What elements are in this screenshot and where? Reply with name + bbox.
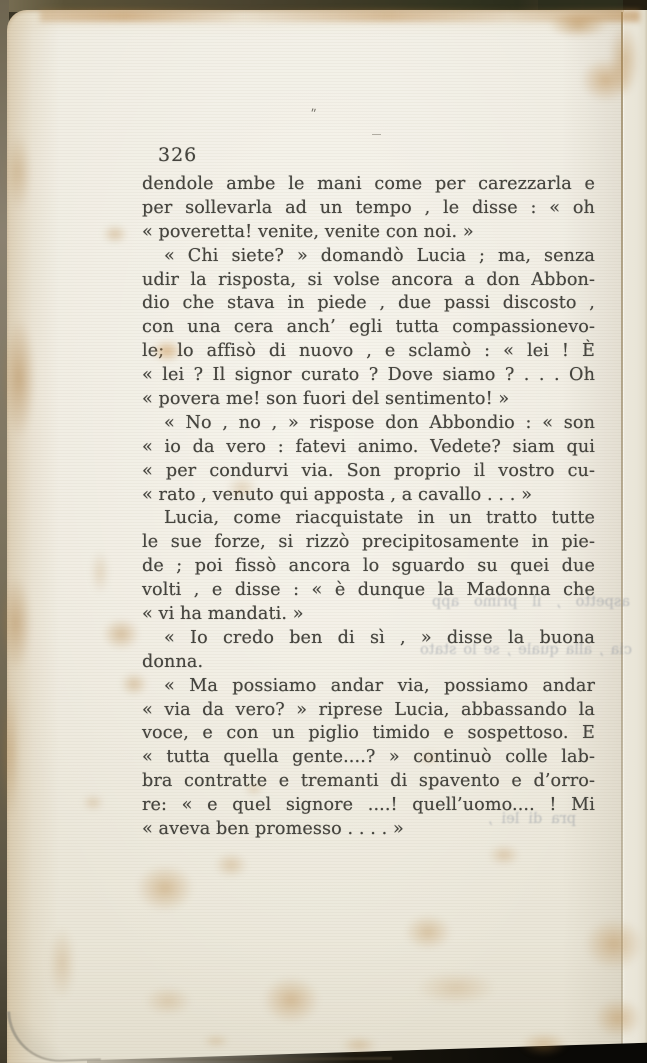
page-curvature-shadow (562, 10, 622, 1063)
paper-texture (7, 10, 647, 1063)
page-crease-line (621, 12, 623, 1047)
book-page-paper (7, 10, 647, 1063)
next-page-edge (624, 10, 647, 1063)
